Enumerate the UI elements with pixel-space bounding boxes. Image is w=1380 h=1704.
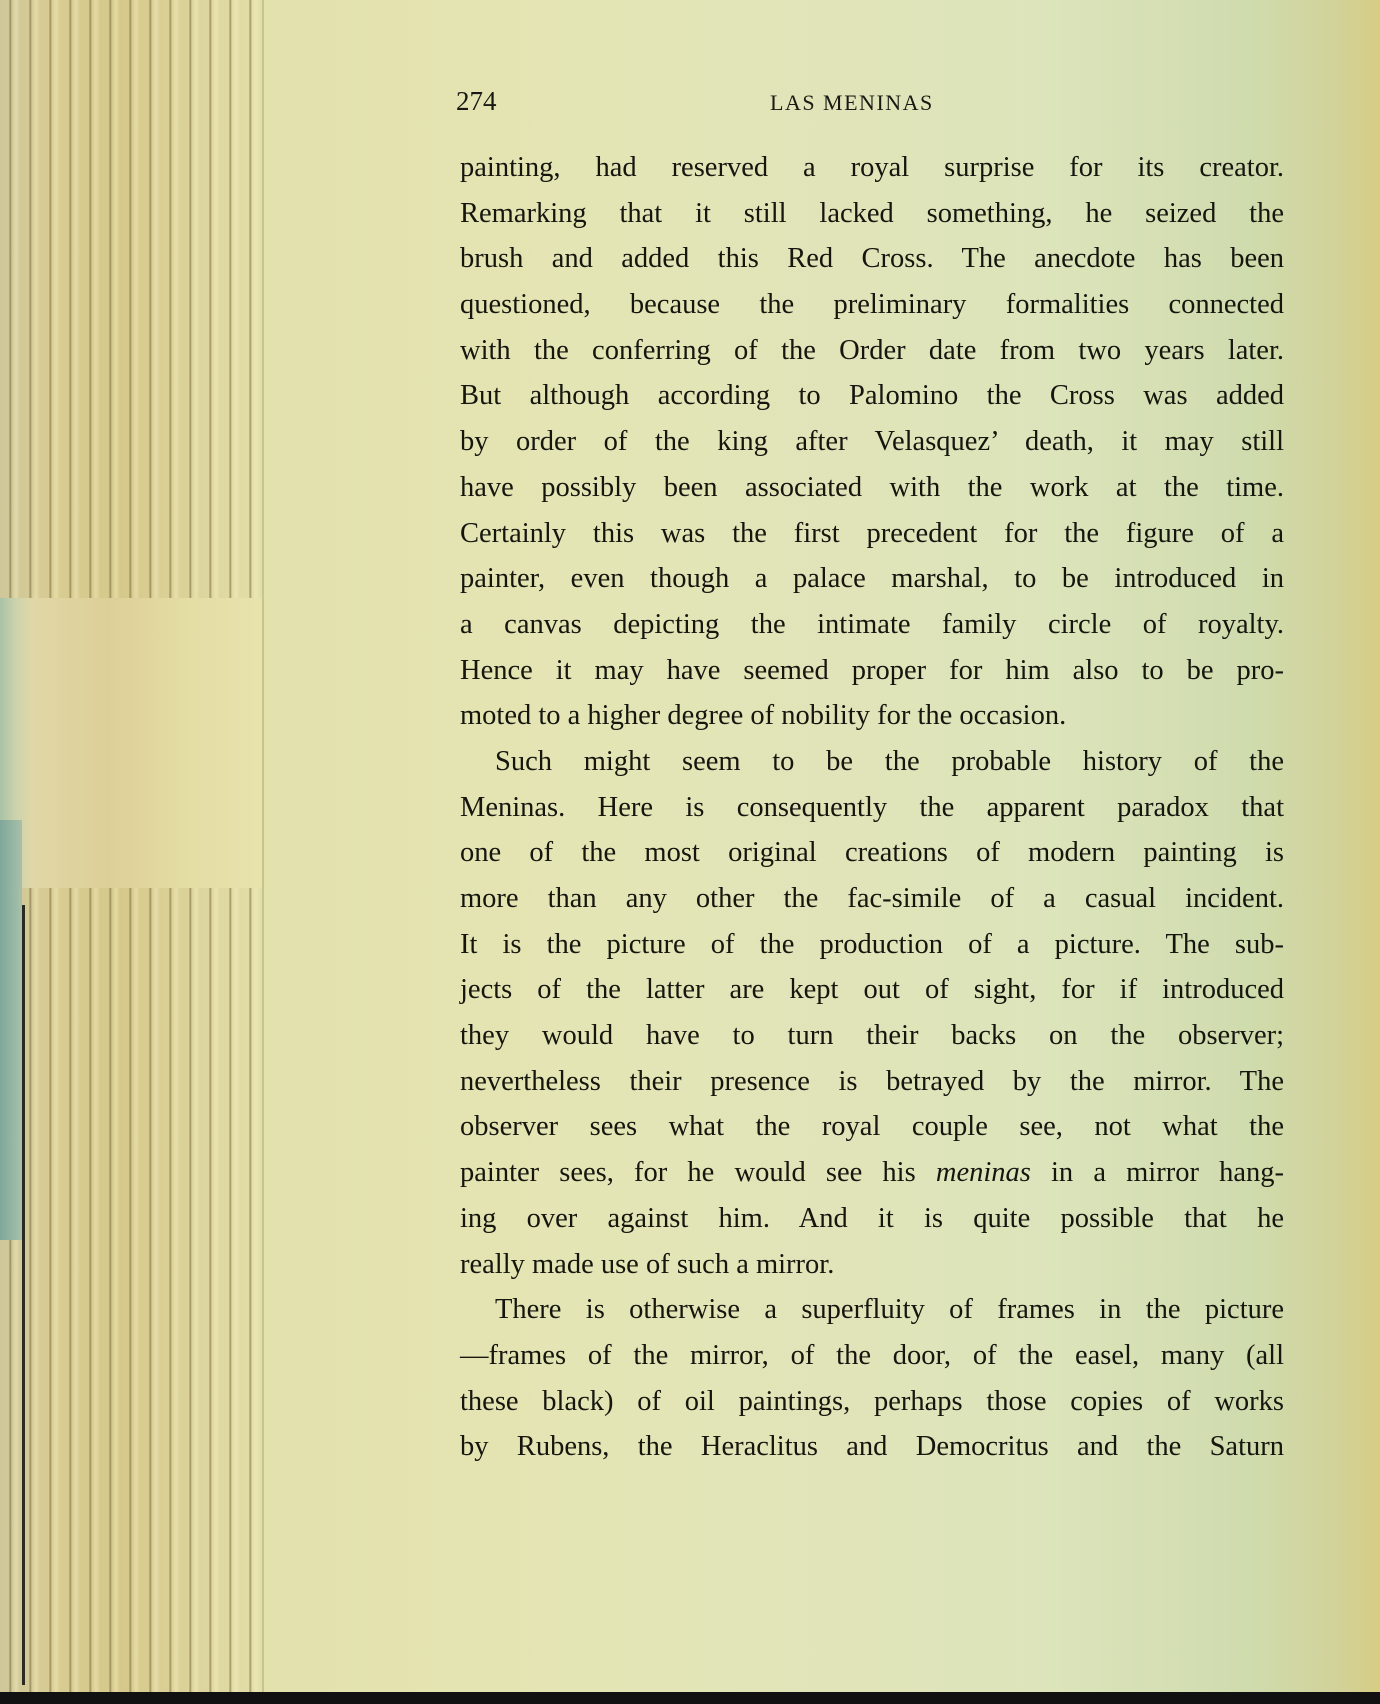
text-segment: in a mirror hang- (1031, 1157, 1284, 1188)
text-line: painting, had reserved a royal surprise … (460, 145, 1284, 191)
body-text: painting, had reserved a royal surprise … (460, 145, 1284, 1470)
running-head: 274 LAS MENINAS (0, 86, 1380, 120)
text-line-with-italic: painter sees, for he would see his menin… (460, 1150, 1284, 1196)
text-line: Certainly this was the first precedent f… (460, 511, 1284, 557)
text-line: one of the most original creations of mo… (460, 830, 1284, 876)
text-line: jects of the latter are kept out of sigh… (460, 967, 1284, 1013)
text-line: really made use of such a mirror. (460, 1242, 1284, 1288)
text-line: It is the picture of the production of a… (460, 922, 1284, 968)
text-line: by order of the king after Velasquez’ de… (460, 419, 1284, 465)
page-edges-gap (0, 598, 270, 888)
background-sliver (0, 820, 22, 1240)
scan-bottom-border (0, 1692, 1380, 1704)
text-line: these black) of oil paintings, perhaps t… (460, 1379, 1284, 1425)
text-line: they would have to turn their backs on t… (460, 1013, 1284, 1059)
chapter-title: LAS MENINAS (770, 90, 934, 116)
page-number: 274 (456, 86, 497, 117)
italic-word: meninas (936, 1157, 1031, 1188)
text-line: Meninas. Here is consequently the appare… (460, 785, 1284, 831)
text-line: by Rubens, the Heraclitus and Democritus… (460, 1424, 1284, 1470)
text-line: a canvas depicting the intimate family c… (460, 602, 1284, 648)
text-line: nevertheless their presence is betrayed … (460, 1059, 1284, 1105)
paragraph: painting, had reserved a royal surprise … (460, 145, 1284, 739)
text-segment: painter sees, for he would see his (460, 1157, 936, 1188)
text-line: —frames of the mirror, of the door, of t… (460, 1333, 1284, 1379)
text-line: observer sees what the royal couple see,… (460, 1104, 1284, 1150)
paragraph: There is otherwise a superfluity of fram… (460, 1287, 1284, 1470)
page-edge (262, 0, 264, 1692)
text-line: brush and added this Red Cross. The anec… (460, 236, 1284, 282)
text-line: ing over against him. And it is quite po… (460, 1196, 1284, 1242)
text-line: Remarking that it still lacked something… (460, 191, 1284, 237)
text-line: Such might seem to be the probable histo… (460, 739, 1284, 785)
text-line: questioned, because the preliminary form… (460, 282, 1284, 328)
text-line: But although according to Palomino the C… (460, 373, 1284, 419)
text-line: with the conferring of the Order date fr… (460, 328, 1284, 374)
binding-edge-line (22, 905, 25, 1685)
text-line: moted to a higher degree of nobility for… (460, 693, 1284, 739)
text-line: Hence it may have seemed proper for him … (460, 648, 1284, 694)
text-line: painter, even though a palace marshal, t… (460, 556, 1284, 602)
text-line: have possibly been associated with the w… (460, 465, 1284, 511)
text-line: There is otherwise a superfluity of fram… (460, 1287, 1284, 1333)
paragraph: Such might seem to be the probable histo… (460, 739, 1284, 1287)
text-line: more than any other the fac-simile of a … (460, 876, 1284, 922)
